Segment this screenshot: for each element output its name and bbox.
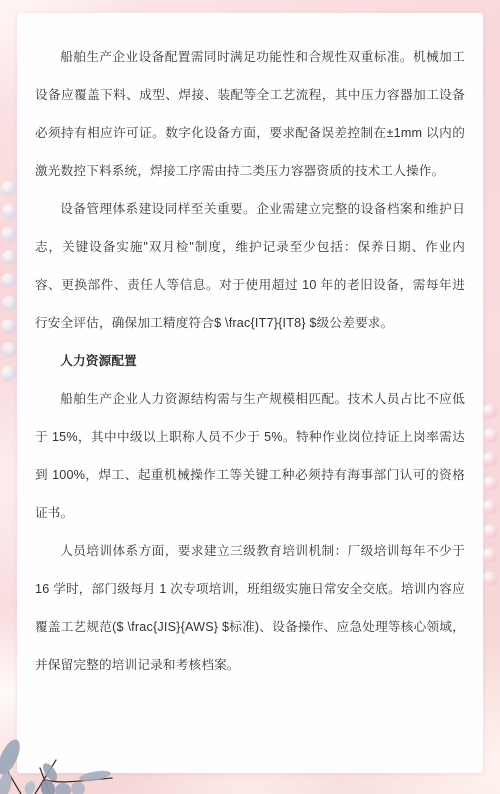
bubble-icon [482, 452, 497, 467]
paragraph-equipment-config: 船舶生产企业设备配置需同时满足功能性和合规性双重标准。机械加工设备应覆盖下料、成… [35, 38, 465, 190]
bubble-icon [483, 476, 498, 491]
paragraph-training: 人员培训体系方面，要求建立三级教育培训机制：厂级培训每年不少于 16 学时，部门… [35, 532, 465, 684]
bubble-icon [2, 204, 17, 219]
bubble-icon [483, 524, 498, 539]
bubble-icon [1, 273, 16, 288]
bubble-icon [483, 428, 498, 443]
paragraph-equipment-management: 设备管理体系建设同样至关重要。企业需建立完整的设备档案和维护日志，关键设备实施"… [35, 190, 465, 342]
bubble-icon [1, 227, 16, 242]
bubble-icon [1, 181, 16, 196]
bubble-icon [482, 548, 497, 563]
section-heading-hr: 人力资源配置 [35, 342, 465, 380]
bubble-icon [483, 571, 498, 586]
bubble-icon [2, 250, 17, 265]
bubble-icon [1, 366, 16, 381]
paragraph-hr-structure: 船舶生产企业人力资源结构需与生产规模相匹配。技术人员占比不应低于 15%，其中中… [35, 380, 465, 532]
bubble-icon [2, 342, 17, 357]
bubble-icon [482, 500, 497, 515]
bubble-icon [2, 296, 17, 311]
bubble-icon [482, 404, 497, 419]
bubble-icon [1, 319, 16, 334]
document-panel: 船舶生产企业设备配置需同时满足功能性和合规性双重标准。机械加工设备应覆盖下料、成… [17, 13, 483, 773]
